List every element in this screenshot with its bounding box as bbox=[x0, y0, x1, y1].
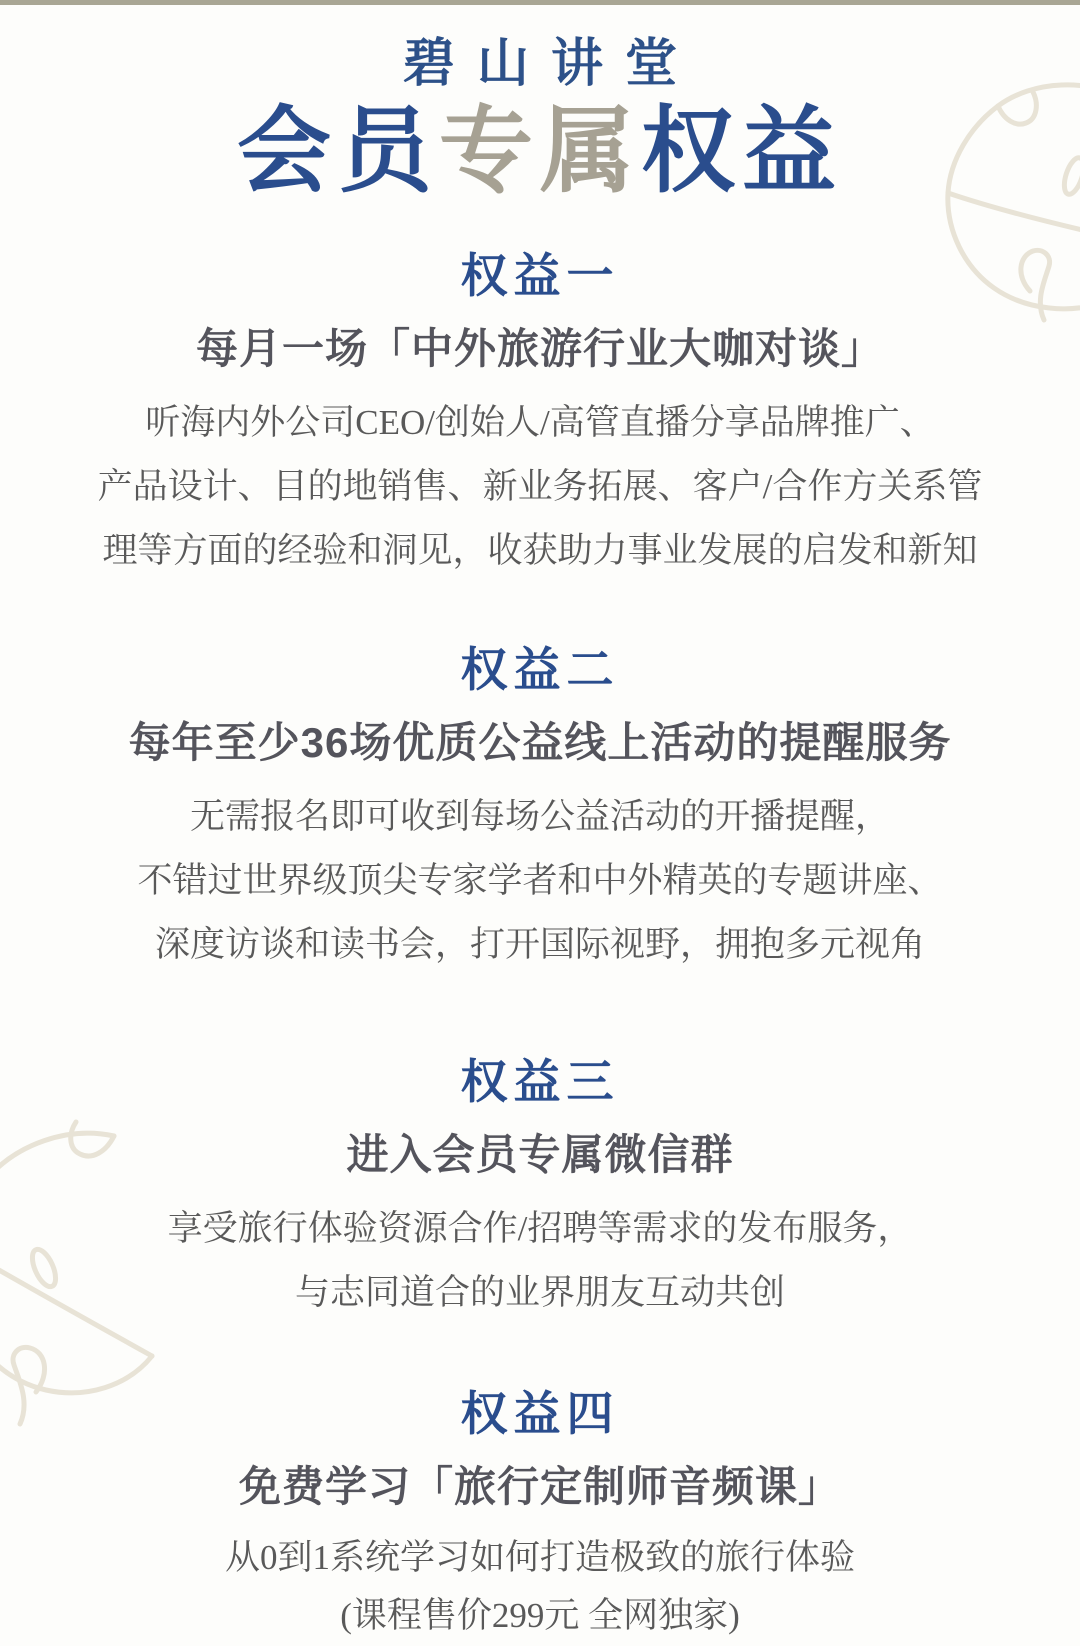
benefit-4-subtitle: 免费学习「旅行定制师音频课」 bbox=[0, 1461, 1080, 1513]
benefit-3-line-1: 享受旅行体验资源合作/招聘等需求的发布服务， bbox=[0, 1197, 1080, 1261]
brand-title: 碧山讲堂 bbox=[0, 35, 1080, 95]
title-part-2: 专属 bbox=[439, 98, 641, 203]
benefit-4-line-1: 从0到1系统学习如何打造极致的旅行体验 bbox=[0, 1529, 1080, 1587]
top-border bbox=[0, 0, 1080, 5]
benefit-4-line-2: (课程售价299元 全网独家) bbox=[0, 1587, 1080, 1645]
benefit-4-label: 权益四 bbox=[0, 1387, 1080, 1441]
benefit-1-line-3: 理等方面的经验和洞见，收获助力事业发展的启发和新知 bbox=[0, 519, 1080, 583]
benefit-1-line-1: 听海内外公司CEO/创始人/高管直播分享品牌推广、 bbox=[0, 391, 1080, 455]
benefit-2-body: 无需报名即可收到每场公益活动的开播提醒， 不错过世界级顶尖专家学者和中外精英的专… bbox=[0, 785, 1080, 977]
benefit-1-line-2: 产品设计、目的地销售、新业务拓展、客户/合作方关系管 bbox=[0, 455, 1080, 519]
benefit-3-subtitle: 进入会员专属微信群 bbox=[0, 1129, 1080, 1181]
benefit-1-body: 听海内外公司CEO/创始人/高管直播分享品牌推广、 产品设计、目的地销售、新业务… bbox=[0, 391, 1080, 583]
benefit-3-body: 享受旅行体验资源合作/招聘等需求的发布服务， 与志同道合的业界朋友互动共创 bbox=[0, 1197, 1080, 1325]
benefit-section-3: 权益三 进入会员专属微信群 享受旅行体验资源合作/招聘等需求的发布服务， 与志同… bbox=[0, 1055, 1080, 1325]
benefit-2-line-2: 不错过世界级顶尖专家学者和中外精英的专题讲座、 bbox=[0, 849, 1080, 913]
benefit-section-4: 权益四 免费学习「旅行定制师音频课」 从0到1系统学习如何打造极致的旅行体验 (… bbox=[0, 1387, 1080, 1645]
benefit-2-subtitle: 每年至少36场优质公益线上活动的提醒服务 bbox=[0, 717, 1080, 769]
benefit-2-label: 权益二 bbox=[0, 643, 1080, 697]
benefit-section-1: 权益一 每月一场「中外旅游行业大咖对谈」 听海内外公司CEO/创始人/高管直播分… bbox=[0, 249, 1080, 583]
benefit-4-body: 从0到1系统学习如何打造极致的旅行体验 (课程售价299元 全网独家) bbox=[0, 1529, 1080, 1645]
benefit-1-subtitle: 每月一场「中外旅游行业大咖对谈」 bbox=[0, 323, 1080, 375]
title-part-1: 会员 bbox=[237, 98, 439, 203]
benefit-2-line-3: 深度访谈和读书会，打开国际视野，拥抱多元视角 bbox=[0, 913, 1080, 977]
benefit-3-label: 权益三 bbox=[0, 1055, 1080, 1109]
benefit-1-label: 权益一 bbox=[0, 249, 1080, 303]
benefit-2-line-1: 无需报名即可收到每场公益活动的开播提醒， bbox=[0, 785, 1080, 849]
benefit-3-line-2: 与志同道合的业界朋友互动共创 bbox=[0, 1261, 1080, 1325]
benefit-section-2: 权益二 每年至少36场优质公益线上活动的提醒服务 无需报名即可收到每场公益活动的… bbox=[0, 643, 1080, 977]
page-title: 会员专属权益 bbox=[0, 103, 1080, 199]
title-part-3: 权益 bbox=[641, 98, 843, 203]
poster-page: 碧山讲堂 会员专属权益 权益一 每月一场「中外旅游行业大咖对谈」 听海内外公司C… bbox=[0, 0, 1080, 1646]
